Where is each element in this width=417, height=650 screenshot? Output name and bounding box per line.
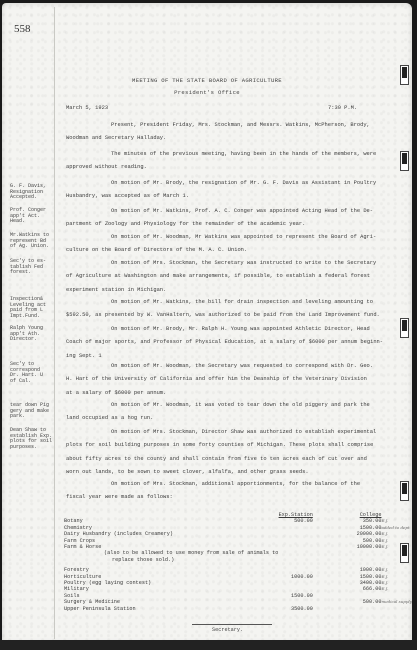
- text-line: approved without reading.: [66, 161, 386, 174]
- text-line: plots for soil building purposes in some…: [66, 439, 386, 452]
- text-line: Woodman and Secretary Halladay.: [66, 132, 386, 145]
- binder-clip-marker: [400, 65, 409, 85]
- appropriations-table: Exp.Station College Botany 500.00 350.00…: [64, 512, 412, 612]
- paragraph-hart-correspondence: On motion of Mr. Woodman, the Secretary …: [66, 360, 386, 400]
- paragraph-soil-plots: On motion of Mrs. Stockman, Director Sha…: [66, 426, 386, 479]
- text-line: Coach of major sports, and Professor of …: [66, 336, 386, 349]
- margin-note: tear down Pig gery and make park.: [10, 403, 49, 420]
- text-line: The minutes of the previous meeting, hav…: [66, 148, 386, 161]
- text-line: On motion of Mrs. Stockman, additional a…: [66, 478, 386, 491]
- table-row: Upper Peninsula Station 3500.00: [64, 606, 412, 612]
- meeting-location: President's Office: [2, 89, 412, 96]
- signature-line: [192, 624, 272, 625]
- margin-note: Sec'y to correspond Dr. Hart. U of Cal.: [10, 362, 43, 384]
- paragraph-conger-appointment: On motion of Mr. Watkins, Prof. A. C. Co…: [66, 205, 386, 232]
- margin-note: Ralph Young app't Ath. Director.: [10, 326, 43, 343]
- text-line: On motion of Mr. Watkins, the bill for d…: [66, 296, 386, 309]
- text-line: about fifty acres to the county and shal…: [66, 453, 386, 466]
- text-line: Husbandry, was accepted as of March 1.: [66, 190, 386, 203]
- page-number: 558: [14, 23, 31, 35]
- margin-note: Prof. Conger app't Act. Head.: [10, 208, 46, 225]
- binder-clip-marker: [400, 318, 409, 338]
- text-line: culture on the Board of Directors of the…: [66, 244, 386, 257]
- paragraph-federal-forest: On motion of Mrs. Stockman, the Secretar…: [66, 257, 386, 297]
- text-line: partment of Zoology and Physiology for t…: [66, 218, 386, 231]
- handwritten-note: [381, 606, 412, 612]
- text-line: at a salary of $6000 per annum.: [66, 387, 386, 400]
- text-line: On motion of Mr. Watkins, Prof. A. C. Co…: [66, 205, 386, 218]
- margin-note: Dean Shaw to establish Exp. plots for so…: [10, 428, 52, 450]
- meeting-time: 7:30 P.M.: [328, 103, 357, 113]
- signature-label: Secretary.: [212, 627, 243, 633]
- paragraph-attendance: Present, President Friday, Mrs. Stockman…: [66, 119, 386, 146]
- text-line: On motion of Mrs. Stockman, the Secretar…: [66, 257, 386, 270]
- paragraph-davis-resignation: On motion of Mr. Brody, the resignation …: [66, 177, 386, 204]
- text-line: On motion of Mrs. Stockman, Director Sha…: [66, 426, 386, 439]
- meeting-title: MEETING OF THE STATE BOARD OF AGRICULTUR…: [2, 77, 412, 84]
- margin-note: Inspection& Leveling act paid from L Imp…: [10, 297, 46, 319]
- paragraph-young-appointment: On motion of Mr. Brody, Mr. Ralph H. You…: [66, 323, 386, 363]
- text-line: On motion of Mr. Brody, the resignation …: [66, 177, 386, 190]
- text-line: $592.50, as presented by W. VanHaltern, …: [66, 309, 386, 322]
- margin-note: Mr.Watkins to represent Bd of Ag. Union.: [10, 233, 49, 250]
- margin-rule: [54, 7, 55, 639]
- meeting-date: March 5, 1923: [66, 103, 108, 113]
- paragraph-watkins-union: On motion of Mr. Woodman, Mr Watkins was…: [66, 231, 386, 258]
- document-page: 558 MEETING OF THE STATE BOARD OF AGRICU…: [2, 3, 412, 643]
- scan-border: [0, 640, 417, 650]
- paragraph-drain-inspection: On motion of Mr. Watkins, the bill for d…: [66, 296, 386, 323]
- text-line: Present, President Friday, Mrs. Stockman…: [66, 119, 386, 132]
- paragraph-minutes: The minutes of the previous meeting, hav…: [66, 148, 386, 175]
- text-line: experiment station in Michigan.: [66, 284, 386, 297]
- table-row-note: replace those sold.): [64, 557, 412, 567]
- text-line: H. Hart of the University of California …: [66, 373, 386, 386]
- margin-note: G. F. Davis, Resignation Accepted.: [10, 184, 46, 201]
- binder-clip-marker: [400, 481, 409, 501]
- binder-clip-marker: [400, 151, 409, 171]
- text-line: of Agriculture at Washington and make ar…: [66, 270, 386, 283]
- text-line: fiscal year were made as follows:: [66, 491, 386, 504]
- text-line: On motion of Mr. Brody, Mr. Ralph H. You…: [66, 323, 386, 336]
- text-line: On motion of Mr. Woodman, it was voted t…: [66, 399, 386, 412]
- paragraph-piggery: On motion of Mr. Woodman, it was voted t…: [66, 399, 386, 426]
- handwritten-note: medical supply: [381, 599, 412, 605]
- margin-note: Sec'y to es- tablish Fed forest.: [10, 259, 46, 276]
- text-line: On motion of Mr. Woodman, the Secretary …: [66, 360, 386, 373]
- text-line: On motion of Mr. Woodman, Mr Watkins was…: [66, 231, 386, 244]
- text-line: land occupied as a hog run.: [66, 412, 386, 425]
- paragraph-apportionments: On motion of Mrs. Stockman, additional a…: [66, 478, 386, 505]
